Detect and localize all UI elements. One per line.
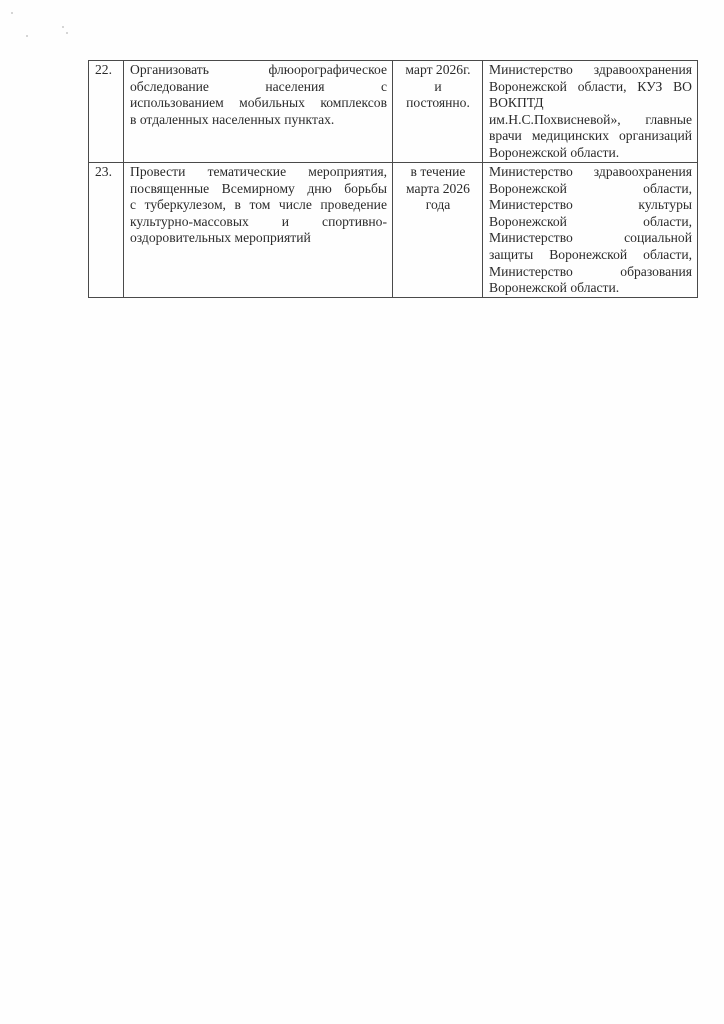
row-number: 22. xyxy=(89,61,124,163)
text-line: март 2026г. xyxy=(399,62,477,79)
deadline-cell: март 2026г.ипостоянно. xyxy=(393,61,483,163)
row-number: 23. xyxy=(89,163,124,298)
scan-speck xyxy=(66,32,68,34)
text-line: посвященные Всемирному дню борьбы xyxy=(130,181,387,198)
text-line: врачи медицинских организаций xyxy=(489,128,692,145)
scan-speck xyxy=(11,12,13,14)
text-line: марта 2026 xyxy=(399,181,477,198)
scan-speck xyxy=(62,26,64,28)
action-plan-table: 22. Организовать флюорографическоеобслед… xyxy=(88,60,698,298)
table-row: 23. Провести тематические мероприятия,по… xyxy=(89,163,698,298)
text-line: Воронежской области, КУЗ ВО xyxy=(489,79,692,96)
text-line: Воронежской области. xyxy=(489,145,692,162)
deadline-cell: в течениемарта 2026года xyxy=(393,163,483,298)
text-line: года xyxy=(399,197,477,214)
text-line: в течение xyxy=(399,164,477,181)
text-line: оздоровительных мероприятий xyxy=(130,230,387,247)
text-line: Воронежской области, xyxy=(489,181,692,198)
scanned-page: 22. Организовать флюорографическоеобслед… xyxy=(0,0,724,1024)
text-line: ВОКПТД xyxy=(489,95,692,112)
text-line: культурно-массовых и спортивно- xyxy=(130,214,387,231)
responsible-cell: Министерство здравоохраненияВоронежской … xyxy=(483,163,698,298)
text-line: Воронежской области. xyxy=(489,280,692,297)
text-line: использованием мобильных комплексов xyxy=(130,95,387,112)
text-line: и xyxy=(399,79,477,96)
text-line: защиты Воронежской области, xyxy=(489,247,692,264)
text-line: постоянно. xyxy=(399,95,477,112)
text-line: Организовать флюорографическое xyxy=(130,62,387,79)
text-line: в отдаленных населенных пунктах. xyxy=(130,112,387,129)
text-line: Министерство здравоохранения xyxy=(489,62,692,79)
responsible-cell: Министерство здравоохраненияВоронежской … xyxy=(483,61,698,163)
task-cell: Организовать флюорографическоеобследован… xyxy=(124,61,393,163)
scan-speck xyxy=(26,35,28,37)
text-line: Провести тематические мероприятия, xyxy=(130,164,387,181)
text-line: Министерство социальной xyxy=(489,230,692,247)
text-line: Министерство образования xyxy=(489,264,692,281)
task-cell: Провести тематические мероприятия,посвящ… xyxy=(124,163,393,298)
text-line: Министерство здравоохранения xyxy=(489,164,692,181)
text-line: с туберкулезом, в том числе проведение xyxy=(130,197,387,214)
text-line: им.Н.С.Похвисневой», главные xyxy=(489,112,692,129)
text-line: Воронежской области, xyxy=(489,214,692,231)
text-line: обследование населения с xyxy=(130,79,387,96)
text-line: Министерство культуры xyxy=(489,197,692,214)
table-row: 22. Организовать флюорографическоеобслед… xyxy=(89,61,698,163)
